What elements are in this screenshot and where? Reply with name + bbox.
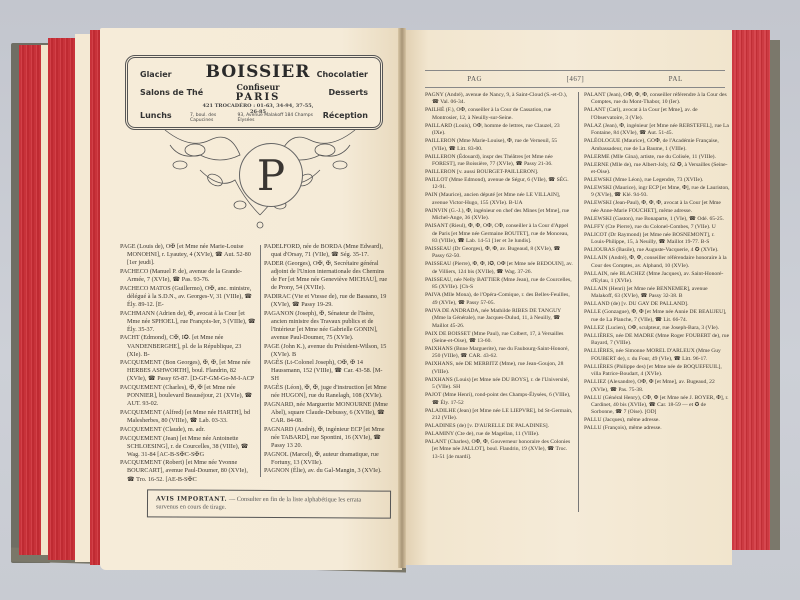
entry: PACQUEMENT (Bon Georges), ✠, ✠, [et Mme …: [120, 359, 256, 383]
entry: PAGNARD (André), ✠, ingénieur ECP [et Mm…: [264, 426, 388, 450]
entry: PALLIÈRES, née DE MADRE (Mme Roger FOUBE…: [584, 333, 730, 348]
entry: PALADINES (de) [v. D'AURELLE DE PALADINE…: [425, 423, 573, 430]
entry: PAGE (Louis de), O✠ [et Mme née Marie-Lo…: [120, 243, 256, 267]
red-page-edge: [19, 45, 41, 555]
entry: PAIN (Maurice), ancien député [et Mme né…: [425, 192, 573, 207]
entry: PADELFORD, née de BORDA (Mme Edward), qu…: [264, 243, 388, 259]
page-number: [467]: [567, 75, 585, 83]
entry: PAILLERON (Mme Marie-Louise), ✠, rue de …: [425, 138, 573, 153]
entry: PALAZ (Jean), ✠, ingénieur [et Mme née R…: [584, 123, 730, 138]
entry: PADIRAC (Vte et Vtesse de), rue de Bassa…: [264, 293, 388, 309]
entry: PAJOT (Mme Henri), rond-point des Champs…: [425, 392, 573, 407]
entry: PALLIÈRES, née Simonne MOREL D'ARLEUX (M…: [584, 348, 730, 363]
entry: PAILLARD (Louis), O✠, homme de lettres, …: [425, 123, 573, 138]
entry: PALEWSKI (Jean-Paul), ✠, ✠, ✠, avocat à …: [584, 200, 730, 215]
entry: PAISSEAU (Pierre), ✠, ✠, I✪, O✠ [et Mme …: [425, 261, 573, 276]
book-gutter: [398, 28, 406, 568]
entry: PAISSEAU (Dr Georges), ✠, ✠, av. Bugeaud…: [425, 246, 573, 261]
page-edge-cream: [75, 34, 90, 562]
entry: PACHMANN (Adrien de), ✠, avocat à la Cou…: [120, 310, 256, 334]
entry: PACQUEMENT (Charles), ✠, ✠ [et Mme née P…: [120, 384, 256, 408]
ad-brand-block: BOISSIER Confiseur PARIS 421 TROCADÉRO :…: [198, 62, 318, 115]
entry: PALLIEZ (Alexandre), O✠, ✠ [et Mme], av.…: [584, 379, 730, 394]
entry: PALANT (Charles), O✠, ✠, Gouverneur hono…: [425, 439, 573, 461]
entry: PALÉOLOGUE (Maurice), GO✠, de l'Académie…: [584, 138, 730, 153]
right-page-column-2: PALANT (Jean), O✠, ✠, ✠, conseiller réfé…: [584, 92, 730, 433]
left-page-column-2: PADELFORD, née de BORDA (Mme Edward), qu…: [264, 243, 388, 476]
entry: PALERME (Mlle Gina), artiste, rue du Col…: [584, 154, 730, 161]
ad-desserts: Desserts: [328, 88, 368, 97]
entry: PALAMINY (Cte de), rue de Magellan, 11 (…: [425, 431, 573, 438]
entry: PALANT (Jean), O✠, ✠, ✠, conseiller réfé…: [584, 92, 730, 107]
entry: PAIVA (Mlle Mona), de l'Opéra-Comique, r…: [425, 292, 573, 307]
important-notice-box: AVIS IMPORTANT. — Consulter en fin de la…: [147, 489, 391, 518]
entry: PAIXHANS, née DE MERBITZ (Mme), rue Jean…: [425, 361, 573, 376]
boissier-advertisement: Glacier Chocolatier Salons de Thé Desser…: [125, 55, 383, 130]
entry: PAGÈS (Lt-Colonel Joseph), O✠, ✠ 14 Haus…: [264, 359, 388, 383]
entry: PAIVA DE ANDRADA, née Mathilde RIBES DE …: [425, 308, 573, 330]
running-head-right: PAL: [669, 75, 683, 83]
red-page-edge: [48, 38, 75, 560]
notice-title: AVIS IMPORTANT.: [156, 495, 227, 502]
ad-reception: Réception: [323, 111, 368, 120]
entry: PALLAIN, née BLACHEZ (Mme Jacques), av. …: [584, 271, 730, 286]
entry: PALLEZ (Lucien), O✠, sculpteur, rue Jose…: [584, 325, 730, 332]
entry: PALFFY (Cte Pierre), rue du Colonel-Comb…: [584, 224, 730, 231]
entry: PAGE (John K.), avenue du Président-Wils…: [264, 343, 388, 359]
page-edge-cream: [41, 45, 48, 555]
entry: PADER (Georges), O✠, ✠, Secrétaire génér…: [264, 260, 388, 292]
ad-subtitle: Confiseur: [198, 82, 318, 92]
ad-lunchs: Lunchs: [140, 111, 172, 120]
ad-glacier: Glacier: [140, 70, 172, 79]
entry: PALLU (Général Henry), C✠, ✠ [et Mme née…: [584, 395, 730, 417]
entry: PALLU (François), même adresse.: [584, 425, 730, 432]
entry: PACHECO MATOS (Guillermo), O✠, anc. mini…: [120, 285, 256, 309]
drop-cap-initial: P: [239, 143, 303, 207]
red-page-edge-right: [732, 30, 770, 550]
running-head-left: PAG: [467, 75, 482, 83]
entry: PAGNARD, née Marguerite MONOURNE (Mme Ab…: [264, 401, 388, 425]
entry: PAILLERON (Édouard), inspr des Théâtres …: [425, 154, 573, 169]
left-page-column-1: PAGE (Louis de), O✠ [et Mme née Marie-Lo…: [120, 243, 256, 484]
column-divider: [578, 92, 579, 512]
entry: PALLE (Gonzague), ✠, ✠ [et Mme née Annie…: [584, 309, 730, 324]
entry: PAILHÉ (F.), O✠, conseiller à la Cour de…: [425, 107, 573, 122]
entry: PAIXHANS (Bnne Marguerite), rue du Faubo…: [425, 346, 573, 361]
entry: PALIOURAS (Basile), rue Auguste-Vacqueri…: [584, 247, 730, 254]
entry: PALEWSKI (Gaston), rue Bonaparte, 1 (VIe…: [584, 216, 730, 223]
entry: PAISANT (Rieul), ✠, ✠, O✠, C✠, conseille…: [425, 223, 573, 245]
book-cover-right: [770, 40, 780, 550]
entry: PALLU (Jacques), même adresse.: [584, 417, 730, 424]
book-photo: Glacier Chocolatier Salons de Thé Desser…: [0, 0, 800, 600]
entry: PAGANON (Joseph), ✠, Sénateur de l'Isère…: [264, 310, 388, 342]
entry: PAIXHANS (Louis) [et Mme née DU BOYS], r…: [425, 377, 573, 392]
column-divider: [260, 245, 261, 477]
ad-chocolatier: Chocolatier: [317, 70, 368, 79]
ad-city: PARIS: [198, 92, 318, 103]
entry: PACQUEMENT (Robert) [et Mme née Yvonne B…: [120, 459, 256, 483]
entry: PALLAND (de) [v. DU GAY DE PALLAND].: [584, 301, 730, 308]
entry: PACQUEMENT (Alfred) [et Mme née HARTH], …: [120, 409, 256, 425]
entry: PAGNON (Élie), av. du Gal-Mangin, 3 (XVI…: [264, 467, 388, 475]
entry: PACQUEMENT (Jean) [et Mme née Antoinette…: [120, 435, 256, 459]
entry: PALICOT (Dr Raymond) [et Mme née BOSNEMO…: [584, 232, 730, 247]
entry: PAIX DE BOISSET (Mme Paul), rue Colbert,…: [425, 331, 573, 346]
entry: PALERNE (Mlle de), rue Albert-Joly, 62 ✪…: [584, 162, 730, 177]
entry: PACQUEMENT (Claude), m. adr.: [120, 426, 256, 434]
entry: PALLIÈRES (Philippe des) [et Mme née de …: [584, 364, 730, 379]
entry: PAGÈS (Léon), ✠, ✠, juge d'instruction […: [264, 384, 388, 400]
right-page-column-1: PAGNY (André), avenue de Nancy, 9, à Sai…: [425, 92, 573, 462]
entry: PALLAIN (André), ✠, ✠, conseiller référe…: [584, 255, 730, 270]
entry: PALANT (Carl), avocat à la Cour [et Mme]…: [584, 107, 730, 122]
ad-salons: Salons de Thé: [140, 88, 203, 97]
entry: PAILLOT (Mme Edmond), avenue de Ségur, 6…: [425, 177, 573, 192]
entry: PALADILHE (Jean) [et Mme née LE LIEPVRE]…: [425, 408, 573, 423]
red-page-edge: [90, 30, 100, 565]
entry: PACHECO (Manuel P. de), avenue de la Gra…: [120, 268, 256, 284]
entry: PAILLERON [v. aussi BOURGET-PAILLERON].: [425, 169, 573, 176]
entry: PAGNOL (Marcel), ✠, auteur dramatique, r…: [264, 451, 388, 467]
entry: PACHT (Edmond), C✠, I✪. [et Mme née VAND…: [120, 334, 256, 358]
entry: PAISSEAU, née Nelly BATTIER (Mme Jean), …: [425, 277, 573, 292]
entry: PALLAIN (Henri) [et Mme née BENNEMER], a…: [584, 286, 730, 301]
running-head: PAG [467] PAL: [425, 70, 725, 88]
entry: PAINVIN (G.-J.), ✠, ingénieur en chef de…: [425, 208, 573, 223]
entry: PAGNY (André), avenue de Nancy, 9, à Sai…: [425, 92, 573, 107]
entry: PALEWSKI (Mme Léon), rue Legendre, 73 (X…: [584, 177, 730, 184]
entry: PALEWSKI (Maurice), ingr ECP [et Mme, ✠]…: [584, 185, 730, 200]
ad-brand-name: BOISSIER: [198, 62, 318, 82]
